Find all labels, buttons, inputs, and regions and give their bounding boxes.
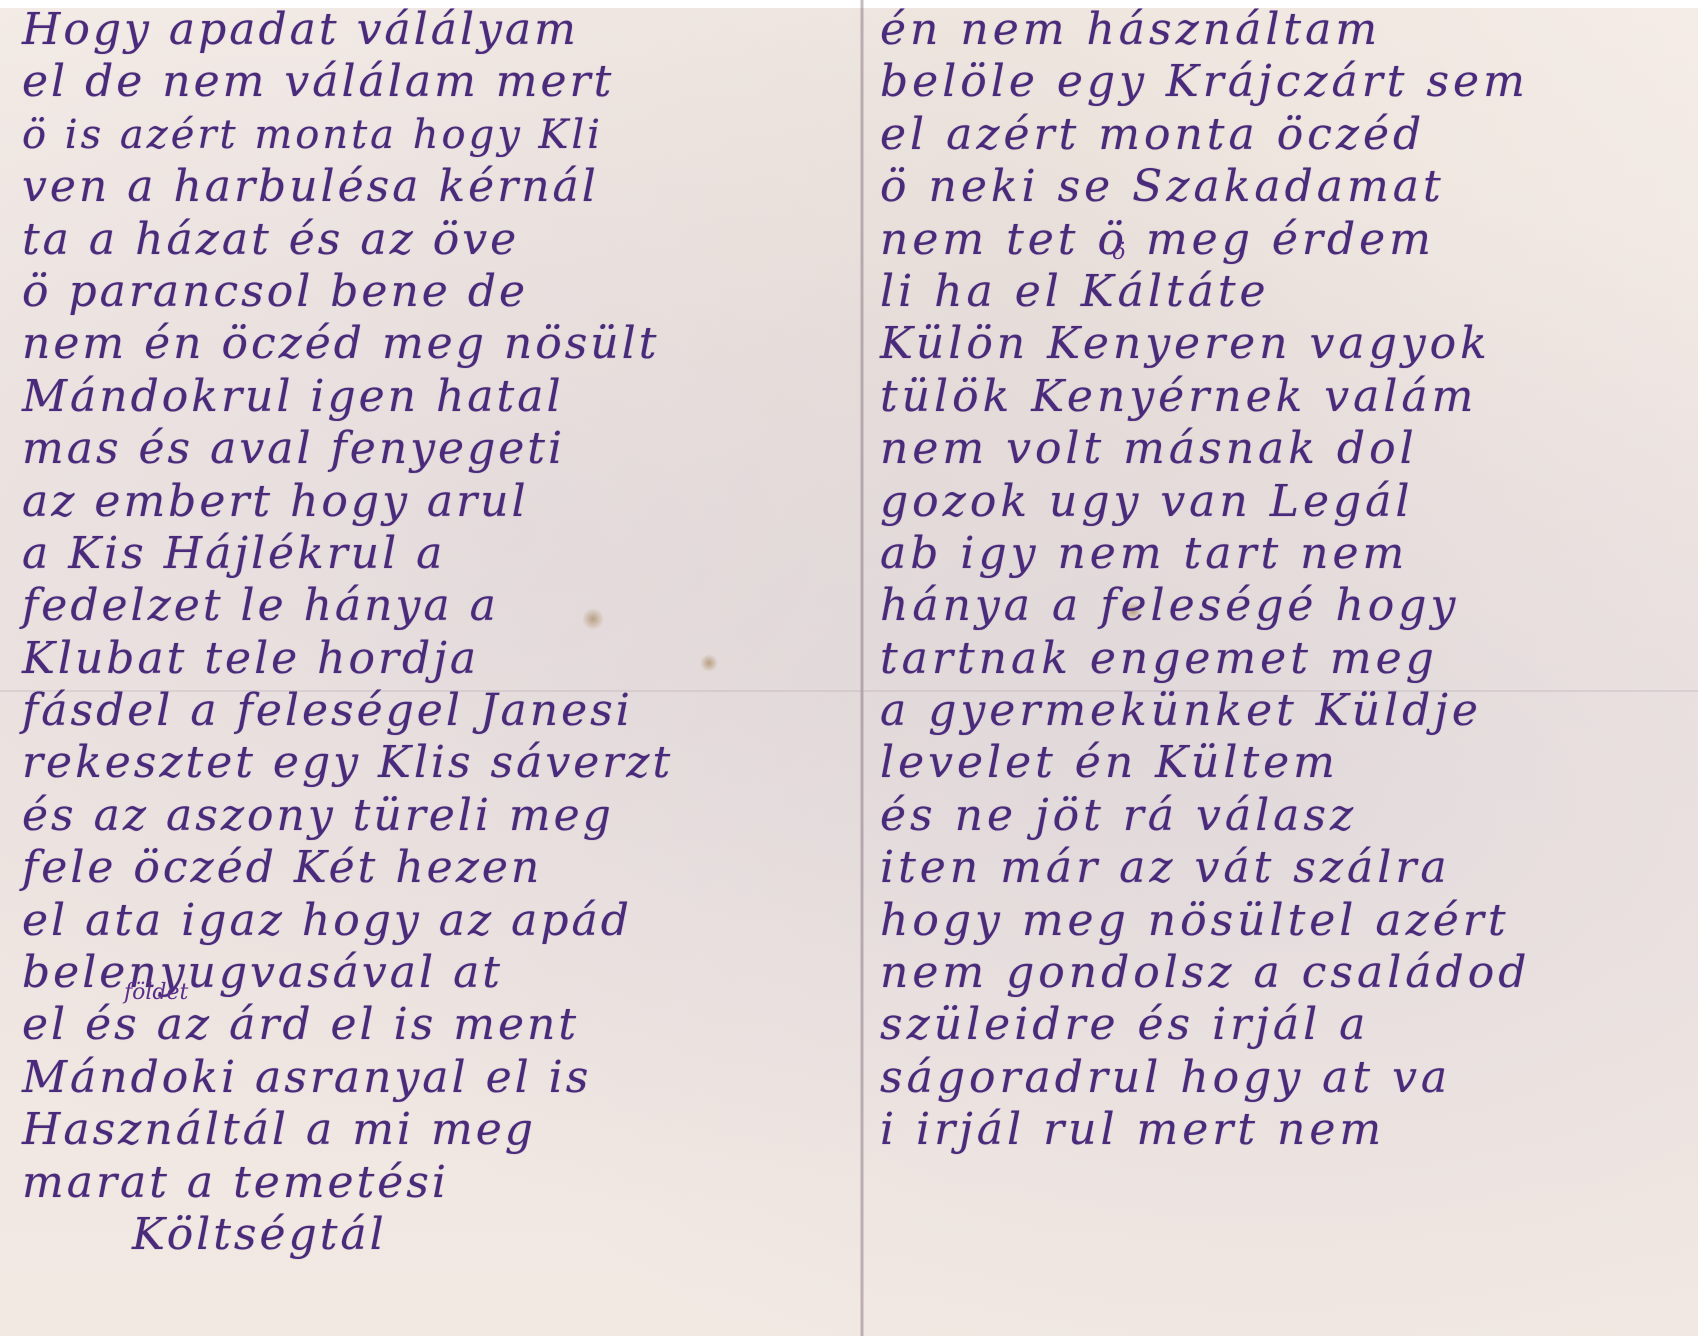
handwritten-line: ö neki se Szakadamat xyxy=(880,161,1695,213)
handwritten-line: tartnak engemet meg xyxy=(880,633,1695,685)
handwritten-line: ven a harbulésa kérnál xyxy=(22,161,852,213)
handwritten-line: tülök Kenyérnek valám xyxy=(880,371,1695,423)
handwritten-line: el de nem válálam mert xyxy=(22,56,852,108)
handwritten-line: ságoradrul hogy at va xyxy=(880,1052,1695,1104)
handwritten-line: Használtál a mi meg xyxy=(22,1104,852,1156)
handwritten-line: ö is azért monta hogy Kli xyxy=(22,109,852,161)
handwritten-line: és az aszony türeli meg xyxy=(22,790,852,842)
handwritten-line: nem volt másnak dol xyxy=(880,423,1695,475)
handwritten-line: i irjál rul mert nem xyxy=(880,1104,1695,1156)
handwritten-line: el és az árd el is ment xyxy=(22,999,852,1051)
handwritten-line: nem én öczéd meg nösült xyxy=(22,318,852,370)
handwritten-line: fedelzet le hánya a xyxy=(22,580,852,632)
handwritten-line: hánya a feleségé hogy xyxy=(880,580,1695,632)
interlinear-insert: ö xyxy=(1112,240,1125,265)
handwritten-line: fele öczéd Két hezen xyxy=(22,842,852,894)
handwritten-line: Mándokrul igen hatal xyxy=(22,371,852,423)
handwritten-line: és ne jöt rá válasz xyxy=(880,790,1695,842)
handwritten-line: marat a temetési xyxy=(22,1157,852,1209)
handwritten-line: rekesztet egy Klis sáverzt xyxy=(22,737,852,789)
handwritten-line: gozok ugy van Legál xyxy=(880,476,1695,528)
handwritten-line: a Kis Hájlékrul a xyxy=(22,528,852,580)
handwritten-line: iten már az vát szálra xyxy=(880,842,1695,894)
handwritten-line: én nem hásználtam xyxy=(880,4,1695,56)
handwritten-line: li ha el Káltáte xyxy=(880,266,1695,318)
handwritten-line: belöle egy Krájczárt sem xyxy=(880,56,1695,108)
handwritten-line: nem gondolsz a családod xyxy=(880,947,1695,999)
handwritten-line: Mándoki asranyal el is xyxy=(22,1052,852,1104)
handwritten-line: Hogy apadat válályam xyxy=(22,4,852,56)
handwritten-line: el ata igaz hogy az apád xyxy=(22,895,852,947)
handwritten-line: hogy meg nösültel azért xyxy=(880,895,1695,947)
handwritten-line: mas és aval fenyegeti xyxy=(22,423,852,475)
letter-scan: Hogy apadat válályam el de nem válálam m… xyxy=(0,0,1698,1336)
handwritten-line: ta a házat és az öve xyxy=(22,214,852,266)
handwritten-line: a gyermekünket Küldje xyxy=(880,685,1695,737)
handwritten-line: szüleidre és irjál a xyxy=(880,999,1695,1051)
center-fold-line xyxy=(860,0,864,1336)
handwritten-line: fásdel a feleségel Janesi xyxy=(22,685,852,737)
right-page: én nem hásználtam belöle egy Krájczárt s… xyxy=(880,4,1695,1157)
handwritten-line: ö parancsol bene de xyxy=(22,266,852,318)
handwritten-line: Külön Kenyeren vagyok xyxy=(880,318,1695,370)
handwritten-line: Költségtál xyxy=(22,1209,852,1261)
handwritten-line: levelet én Kültem xyxy=(880,737,1695,789)
interlinear-insert: földet xyxy=(124,980,188,1005)
handwritten-line: az embert hogy arul xyxy=(22,476,852,528)
handwritten-line: ab igy nem tart nem xyxy=(880,528,1695,580)
handwritten-line: el azért monta öczéd xyxy=(880,109,1695,161)
handwritten-line: nem tet ö meg érdem xyxy=(880,214,1695,266)
left-page: Hogy apadat válályam el de nem válálam m… xyxy=(22,4,852,1261)
handwritten-line: Klubat tele hordja xyxy=(22,633,852,685)
